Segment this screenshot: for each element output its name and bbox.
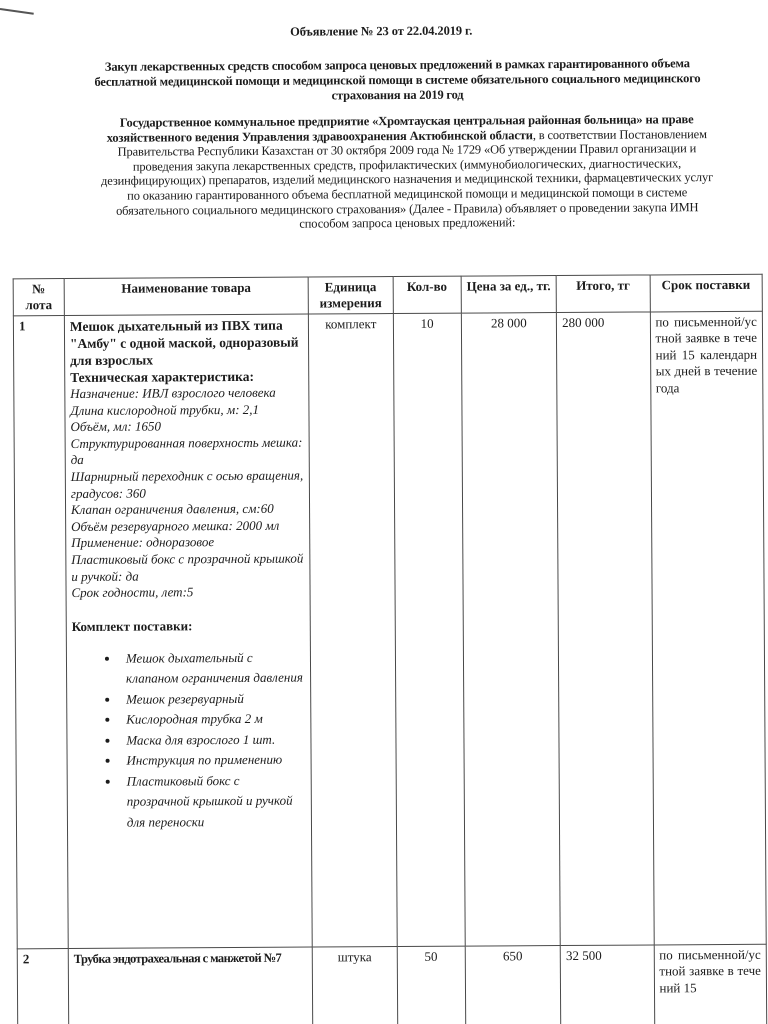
unit-price: 650	[465, 946, 561, 1024]
total-price: 32 500	[560, 945, 654, 1024]
total-price: 280 000	[556, 312, 653, 946]
table-header-row: № лота Наименование товара Единица измер…	[13, 274, 762, 316]
kit-item: Мешок резервуарный	[120, 688, 305, 710]
unit: штука	[312, 947, 397, 1024]
lot-number: 2	[17, 949, 68, 1024]
announcement-intro: Государственное коммунальное предприятие…	[94, 112, 721, 233]
item-description: Мешок дыхательный из ПВХ типа "Амбу" с о…	[64, 314, 312, 948]
spec-line: Клапан ограничения давления, см:60	[71, 501, 304, 519]
unit-price: 28 000	[461, 313, 560, 947]
delivery-term: по письменной/устной заявке в течений 15	[654, 944, 767, 1024]
kit-title: Комплект поставки:	[72, 616, 305, 634]
item-title: Мешок дыхательный из ПВХ типа "Амбу" с о…	[70, 317, 303, 369]
kit-list: Мешок дыхательный с клапаном ограничения…	[72, 647, 306, 833]
item-description: Трубка эндотрахеальная с манжетой №7	[68, 947, 312, 1024]
kit-item: Инструкция по применению	[120, 750, 305, 772]
spec-list: Назначение: ИВЛ взрослого человекаДлина …	[70, 385, 304, 602]
header-term: Срок поставки	[650, 274, 763, 312]
spec-line: Объём резервуарного мешка: 2000 мл	[71, 517, 304, 535]
header-unit: Единица измерения	[308, 277, 393, 315]
announcement-title: Объявление № 23 от 22.04.2019 г.	[0, 22, 765, 42]
kit-item: Пластиковый бокс с прозрачной крышкой и …	[121, 770, 306, 833]
header-qty: Кол-во	[393, 276, 461, 313]
unit: комплект	[308, 314, 397, 948]
spec-line: Шарнирный переходник с осью вращения, гр…	[71, 468, 304, 503]
table-row: 1 Мешок дыхательный из ПВХ типа "Амбу" с…	[13, 311, 766, 949]
spec-line: Структурированная поверхность мешка: да	[71, 434, 304, 469]
spec-line: Объём, мл: 1650	[70, 418, 303, 436]
spec-line: Назначение: ИВЛ взрослого человека	[70, 385, 303, 403]
spec-title: Техническая характеристика:	[70, 368, 303, 386]
table-row: 2 Трубка эндотрахеальная с манжетой №7 ш…	[17, 944, 766, 1024]
lots-table: № лота Наименование товара Единица измер…	[13, 274, 768, 1024]
quantity: 50	[397, 946, 465, 1024]
kit-item: Кислородная трубка 2 м	[120, 709, 305, 731]
kit-item: Маска для взрослого 1 шт.	[120, 729, 305, 751]
header-name: Наименование товара	[64, 277, 308, 315]
header-price: Цена за ед., тг.	[461, 276, 557, 314]
lot-number: 1	[13, 316, 68, 949]
quantity: 10	[393, 313, 465, 946]
announcement-subject: Закуп лекарственных средств способом зап…	[87, 56, 707, 105]
document-page: Объявление № 23 от 22.04.2019 г. Закуп л…	[0, 0, 768, 1024]
kit-item: Мешок дыхательный с клапаном ограничения…	[120, 647, 305, 689]
spec-line: Пластиковый бокс с прозрачной крышкой и …	[71, 551, 304, 586]
delivery-term: по письменной/устной заявке в течений 15…	[650, 311, 766, 945]
header-lot-no: № лота	[13, 279, 64, 316]
item-title: Трубка эндотрахеальная с манжетой №7	[74, 950, 307, 967]
spec-line: Срок годности, лет:5	[71, 584, 304, 602]
header-total: Итого, тг	[556, 275, 650, 313]
spec-line: Длина кислородной трубки, м: 2,1	[70, 401, 303, 419]
spec-line: Применение: одноразовое	[71, 534, 304, 552]
